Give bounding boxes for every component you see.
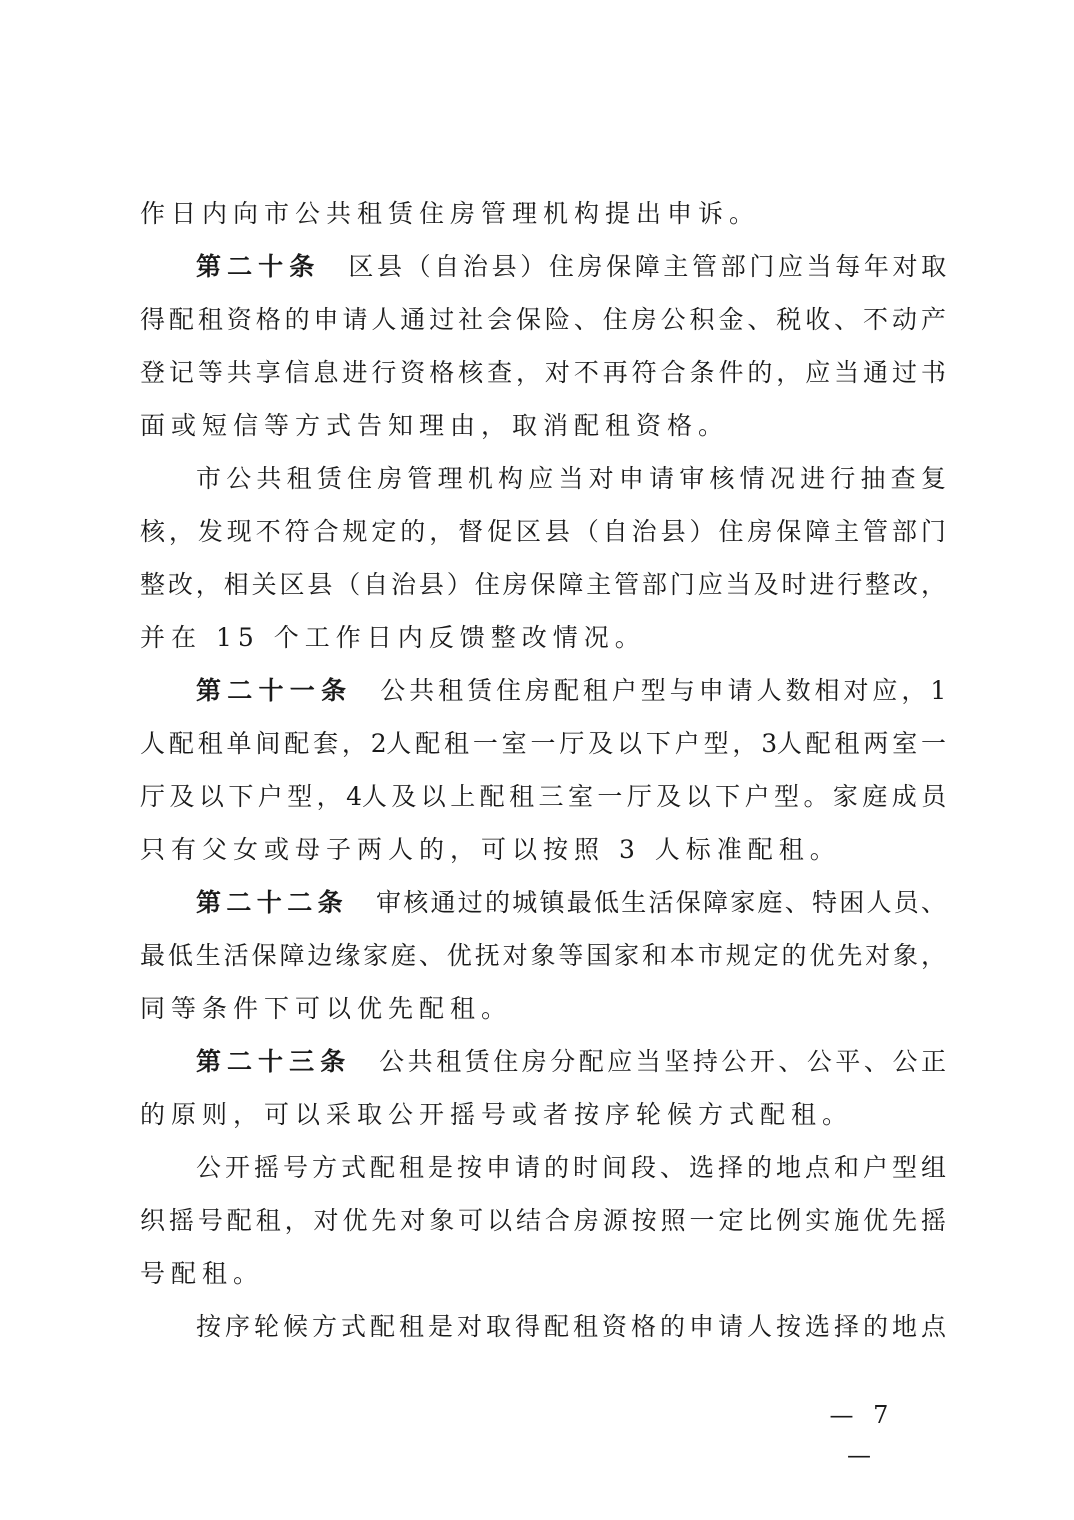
line-text: 厅 及 以 下 户 型 ， 4 人 及 以 上 配 租 三 室 一 厅 及 以 … <box>140 782 940 811</box>
line-text: 的原则，可以采取公开摇号或者按序轮候方式配租。 <box>140 1100 853 1129</box>
line-text: 公 共 租 赁 住 房 分 配 应 当 坚 持 公 开 、 公 平 、 公 正 <box>379 1047 940 1076</box>
text-line: 得 配 租 资 格 的 申 请 人 通 过 社 会 保 险 、 住 房 公 积 … <box>140 300 940 340</box>
article-23-first-line: 第二十三条公 共 租 赁 住 房 分 配 应 当 坚 持 公 开 、 公 平 、… <box>196 1042 940 1082</box>
paragraph-first-line: 按 序 轮 候 方 式 配 租 是 对 取 得 配 租 资 格 的 申 请 人 … <box>196 1307 940 1347</box>
text-line: 的原则，可以采取公开摇号或者按序轮候方式配租。 <box>140 1095 940 1135</box>
text-line: 整 改 ， 相 关 区 县 （ 自 治 县 ） 住 房 保 障 主 管 部 门 … <box>140 565 940 605</box>
text-line: 核 ， 发 现 不 符 合 规 定 的 ， 督 促 区 县 （ 自 治 县 ） … <box>140 512 940 552</box>
paragraph-first-line: 市 公 共 租 赁 住 房 管 理 机 构 应 当 对 申 请 审 核 情 况 … <box>196 459 940 499</box>
article-21-first-line: 第二十一条公 共 租 赁 住 房 配 租 户 型 与 申 请 人 数 相 对 应… <box>196 671 940 711</box>
article-heading: 第二十二条 <box>196 888 348 917</box>
page-number: — 7 — <box>812 1395 912 1475</box>
line-text: 得 配 租 资 格 的 申 请 人 通 过 社 会 保 险 、 住 房 公 积 … <box>140 305 940 334</box>
text-line: 人 配 租 单 间 配 套 ， 2 人 配 租 一 室 一 厅 及 以 下 户 … <box>140 724 940 764</box>
line-text: 作日内向市公共租赁住房管理机构提出申诉。 <box>140 199 760 228</box>
line-text: 并在 15 个工作日内反馈整改情况。 <box>140 623 646 652</box>
text-line: 厅 及 以 下 户 型 ， 4 人 及 以 上 配 租 三 室 一 厅 及 以 … <box>140 777 940 817</box>
line-text: 最 低 生 活 保 障 边 缘 家 庭 、 优 抚 对 象 等 国 家 和 本 … <box>140 941 940 970</box>
document-page: 作日内向市公共租赁住房管理机构提出申诉。 第二十条区 县 （ 自 治 县 ） 住… <box>0 0 1074 1520</box>
line-text: 登 记 等 共 享 信 息 进 行 资 格 核 查 ， 对 不 再 符 合 条 … <box>140 358 940 387</box>
text-line: 同等条件下可以优先配租。 <box>140 989 940 1029</box>
text-line: 最 低 生 活 保 障 边 缘 家 庭 、 优 抚 对 象 等 国 家 和 本 … <box>140 936 940 976</box>
text-line: 面或短信等方式告知理由，取消配租资格。 <box>140 406 940 446</box>
article-heading: 第二十条 <box>196 252 320 281</box>
text-line: 并在 15 个工作日内反馈整改情况。 <box>140 618 940 658</box>
line-text: 织 摇 号 配 租 ， 对 优 先 对 象 可 以 结 合 房 源 按 照 一 … <box>140 1206 940 1235</box>
text-line: 登 记 等 共 享 信 息 进 行 资 格 核 查 ， 对 不 再 符 合 条 … <box>140 353 940 393</box>
paragraph-first-line: 公 开 摇 号 方 式 配 租 是 按 申 请 的 时 间 段 、 选 择 的 … <box>196 1148 940 1188</box>
line-text: 只有父女或母子两人的，可以按照 3 人标准配租。 <box>140 835 841 864</box>
article-heading: 第二十三条 <box>196 1047 351 1076</box>
line-text: 人 配 租 单 间 配 套 ， 2 人 配 租 一 室 一 厅 及 以 下 户 … <box>140 729 940 758</box>
article-20-first-line: 第二十条区 县 （ 自 治 县 ） 住 房 保 障 主 管 部 门 应 当 每 … <box>196 247 940 287</box>
article-22-first-line: 第二十二条审 核 通 过 的 城 镇 最 低 生 活 保 障 家 庭 、 特 困… <box>196 883 940 923</box>
article-heading: 第二十一条 <box>196 676 352 705</box>
line-text: 公 共 租 赁 住 房 配 租 户 型 与 申 请 人 数 相 对 应 ， 1 <box>380 676 940 705</box>
text-line: 织 摇 号 配 租 ， 对 优 先 对 象 可 以 结 合 房 源 按 照 一 … <box>140 1201 940 1241</box>
line-text: 审 核 通 过 的 城 镇 最 低 生 活 保 障 家 庭 、 特 困 人 员 … <box>376 888 940 917</box>
line-text: 同等条件下可以优先配租。 <box>140 994 512 1023</box>
line-text: 整 改 ， 相 关 区 县 （ 自 治 县 ） 住 房 保 障 主 管 部 门 … <box>140 570 940 599</box>
text-line: 作日内向市公共租赁住房管理机构提出申诉。 <box>140 194 940 234</box>
line-text: 市 公 共 租 赁 住 房 管 理 机 构 应 当 对 申 请 审 核 情 况 … <box>196 464 940 493</box>
line-text: 号配租。 <box>140 1259 264 1288</box>
line-text: 面或短信等方式告知理由，取消配租资格。 <box>140 411 729 440</box>
line-text: 核 ， 发 现 不 符 合 规 定 的 ， 督 促 区 县 （ 自 治 县 ） … <box>140 517 940 546</box>
line-text: 按 序 轮 候 方 式 配 租 是 对 取 得 配 租 资 格 的 申 请 人 … <box>196 1312 940 1341</box>
line-text: 公 开 摇 号 方 式 配 租 是 按 申 请 的 时 间 段 、 选 择 的 … <box>196 1153 940 1182</box>
text-line: 号配租。 <box>140 1254 940 1294</box>
line-text: 区 县 （ 自 治 县 ） 住 房 保 障 主 管 部 门 应 当 每 年 对 … <box>348 252 940 281</box>
text-line: 只有父女或母子两人的，可以按照 3 人标准配租。 <box>140 830 940 870</box>
